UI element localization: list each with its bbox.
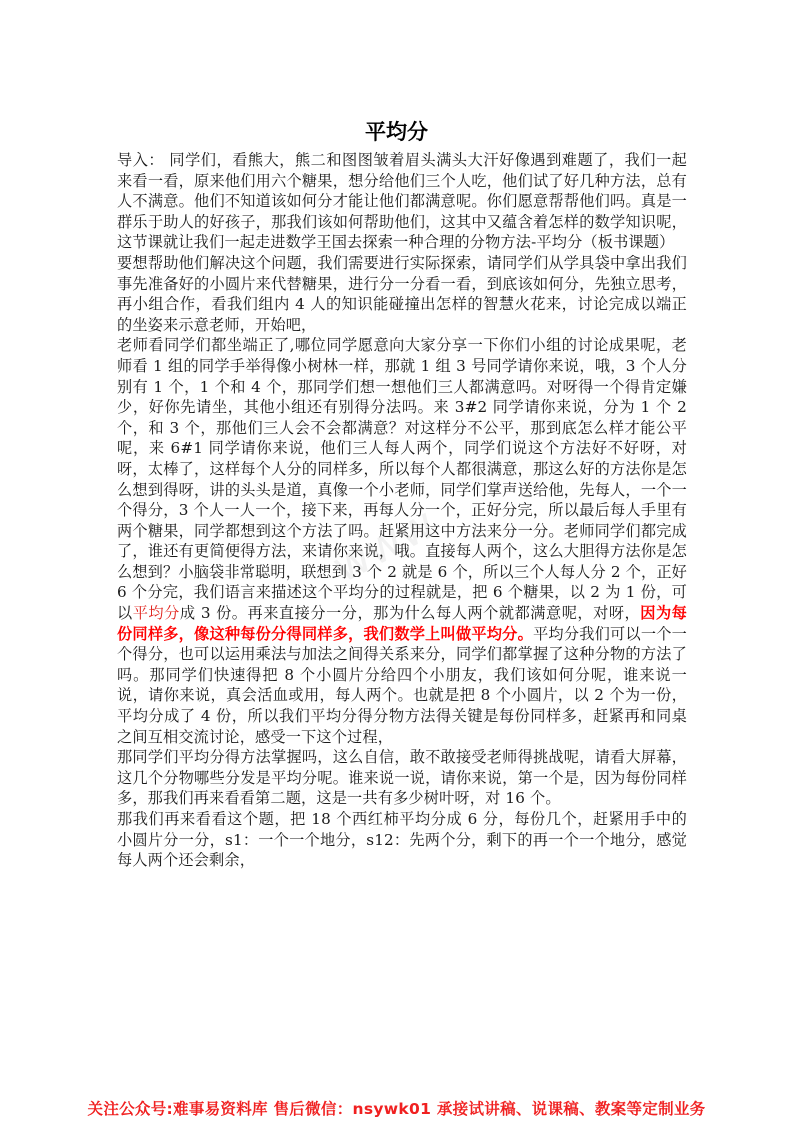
paragraph-tomato: 那我们再来看看这个题，把 18 个西红柿平均分成 6 分，每份几个，赶紧用手中的… [117,809,687,871]
document-body: 导入： 同学们，看熊大，熊二和图图皱着眉头满头大汗好像遇到难题了，我们一起来看一… [117,150,687,871]
text-segment: 导入： 同学们，看熊大，熊二和图图皱着眉头满头大汗好像遇到难题了，我们一起来看一… [117,151,687,251]
text-segment: 成 3 份。再来直接分一分，那为什么每人两个就都满意呢，对呀， [180,604,640,622]
paragraph-challenge: 那同学们平均分得方法掌握吗，这么自信，敢不敢接受老师得挑战呢，请看大屏幕，这几个… [117,747,687,809]
paragraph-discussion: 老师看同学们都坐端正了,哪位同学愿意向大家分享一下你们小组的讨论成果呢，老师看 … [117,335,687,747]
text-segment: 那同学们平均分得方法掌握吗，这么自信，敢不敢接受老师得挑战呢，请看大屏幕，这几个… [117,748,687,807]
footer-banner: 关注公众号:难事易资料库 售后微信：nsywk01 承接试讲稿、说课稿、教案等定… [0,1097,793,1119]
document-title: 平均分 [0,116,793,146]
text-segment: 要想帮助他们解决这个问题，我们需要进行实际探索，请同学们从学具袋中拿出我们事先准… [117,254,687,334]
highlight-term: 平均分 [133,604,180,622]
paragraph-explore: 要想帮助他们解决这个问题，我们需要进行实际探索，请同学们从学具袋中拿出我们事先准… [117,253,687,335]
document-page: 平均分 www 导入： 同学们，看熊大，熊二和图图皱着眉头满头大汗好像遇到难题了… [0,0,793,1122]
text-segment: 老师看同学们都坐端正了,哪位同学愿意向大家分享一下你们小组的讨论成果呢，老师看 … [117,336,687,622]
paragraph-intro: 导入： 同学们，看熊大，熊二和图图皱着眉头满头大汗好像遇到难题了，我们一起来看一… [117,150,687,253]
text-segment: 那我们再来看看这个题，把 18 个西红柿平均分成 6 分，每份几个，赶紧用手中的… [117,810,687,869]
